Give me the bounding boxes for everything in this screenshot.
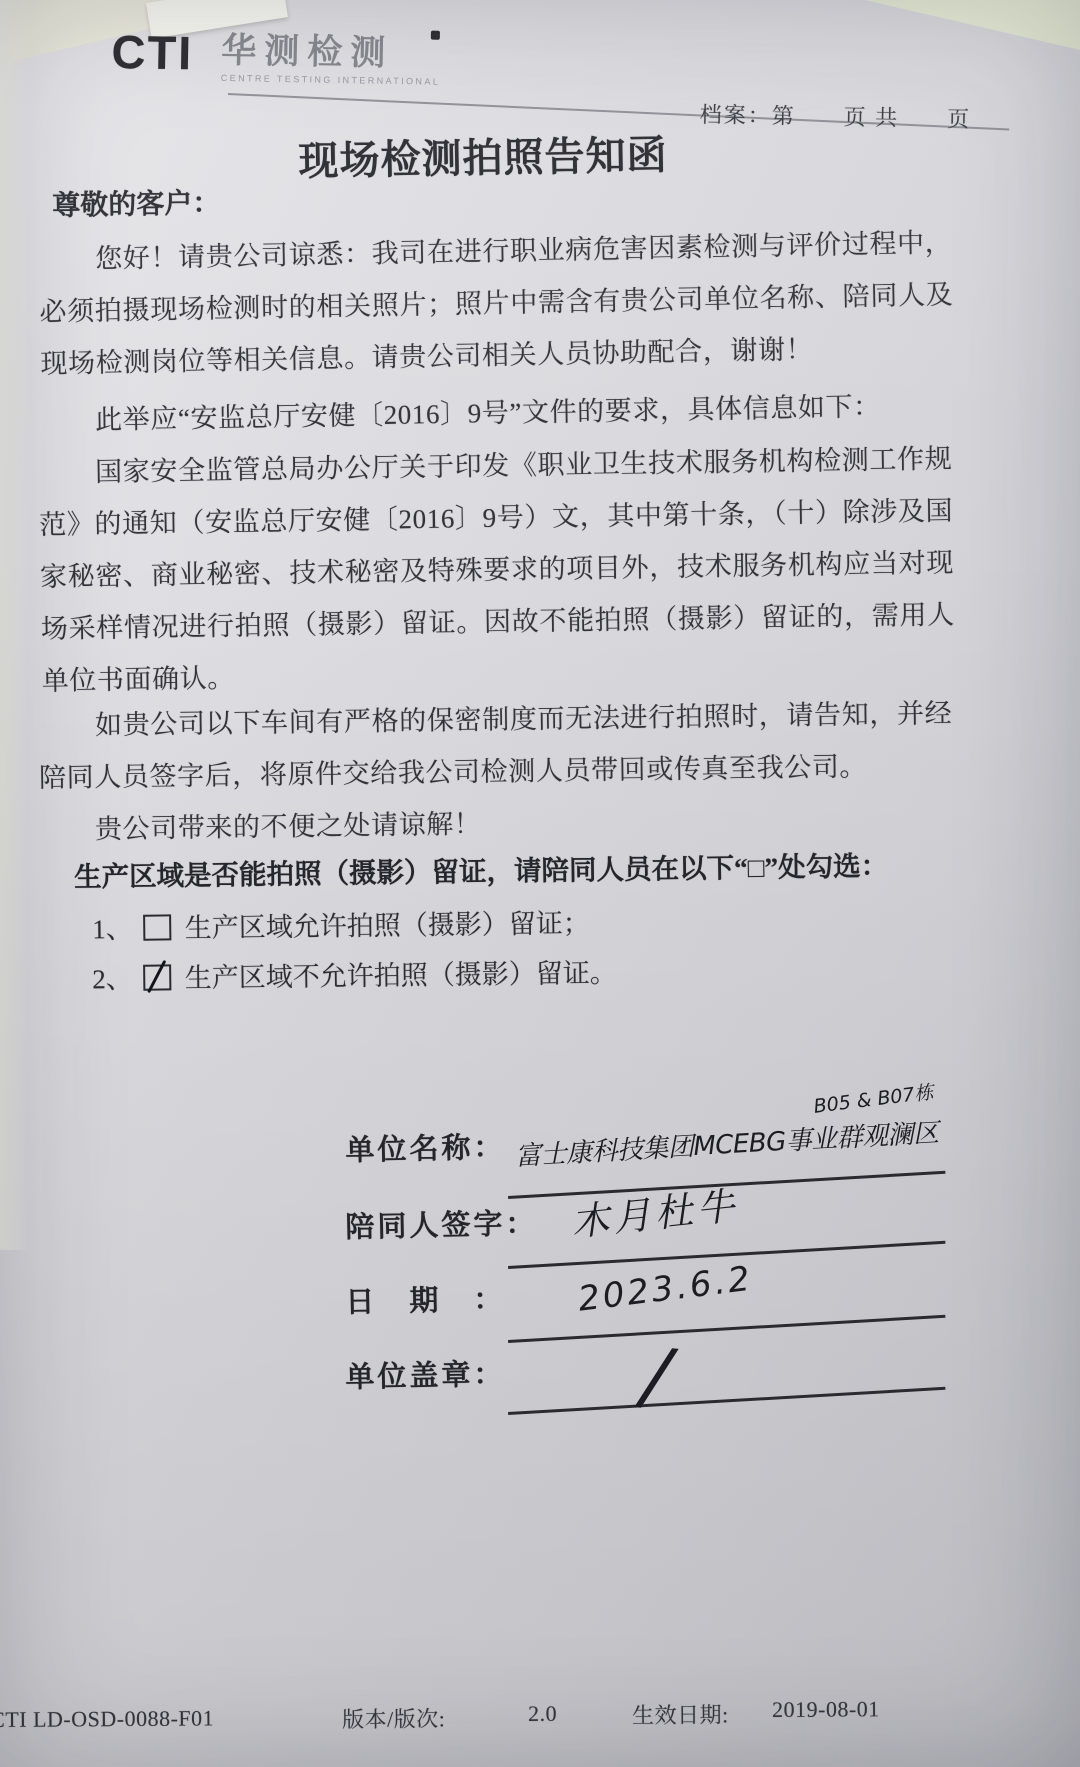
cti-logo-text: CTI (111, 26, 194, 79)
file-page-line: 档案：第 页 共 页 (699, 98, 971, 134)
date-label: 日 期 ： (345, 1277, 506, 1321)
stamp-line (508, 1387, 945, 1415)
date-handwritten-value: 2023.6.2 (576, 1259, 755, 1320)
paper-left-edge-highlight (0, 0, 30, 1250)
desk-background-top-right (865, 0, 1080, 50)
footer-version-value: 2.0 (528, 1701, 557, 1727)
document-photo: CTI 华测检测 CENTRE TESTING INTERNATIONAL 档案… (0, 0, 1080, 1767)
date-line (508, 1315, 945, 1343)
option-label: 生产区域不允许拍照（摄影）留证。 (185, 958, 617, 993)
permission-option-allow: 1、生产区域允许拍照（摄影）留证； (38, 896, 1006, 947)
cti-logo-dot (431, 31, 440, 40)
footer-doc-code: CTI LD-OSD-0088-F01 (0, 1705, 214, 1733)
escort-signature-handwritten: 木月杜牛 (568, 1174, 741, 1246)
unit-name-handwritten-value: 富士康科技集团MCEBG事业群观澜区 (514, 1112, 939, 1173)
footer-effective-date-value: 2019-08-01 (772, 1696, 880, 1723)
cti-logo: CTI 华测检测 CENTRE TESTING INTERNATIONAL (111, 26, 441, 86)
brand-name-english: CENTRE TESTING INTERNATIONAL (221, 72, 441, 86)
paragraph-regulation: 国家安全监管总局办公厅关于印发《职业卫生技术服务机构检测工作规范》的通知（安监总… (38, 433, 956, 707)
paragraph-greeting: 您好！请贵公司谅悉：我司在进行职业病危害因素检测与评价过程中，必须拍摄现场检测时… (38, 216, 955, 390)
option-number: 1、 (92, 914, 133, 944)
checkbox-unchecked-icon (143, 914, 171, 940)
salutation: 尊敬的客户： (52, 181, 221, 224)
paragraph-confidentiality: 如贵公司以下车间有严格的保密制度而无法进行拍照时，请告知，并经陪同人员签字后，将… (38, 687, 953, 804)
footer-version-label: 版本/版次: (342, 1702, 445, 1734)
permission-option-disallow: 2、生产区域不允许拍照（摄影）留证。 (38, 946, 1006, 997)
page-title: 现场检测拍照告知函 (298, 124, 668, 187)
brand-name-chinese: 华测检测 (221, 32, 441, 74)
option-number: 2、 (92, 964, 133, 994)
handwritten-tick-mark (147, 960, 166, 993)
unit-name-label: 单位名称： (345, 1125, 506, 1169)
escort-signature-label: 陪同人签字： (345, 1201, 538, 1246)
stamp-label: 单位盖章： (345, 1352, 506, 1396)
option-label: 生产区域允许拍照（摄影）留证； (185, 908, 590, 943)
checkbox-checked-icon (143, 964, 171, 990)
stamp-slash-mark: / (639, 1330, 674, 1421)
footer-effective-date-label: 生效日期: (632, 1698, 729, 1730)
